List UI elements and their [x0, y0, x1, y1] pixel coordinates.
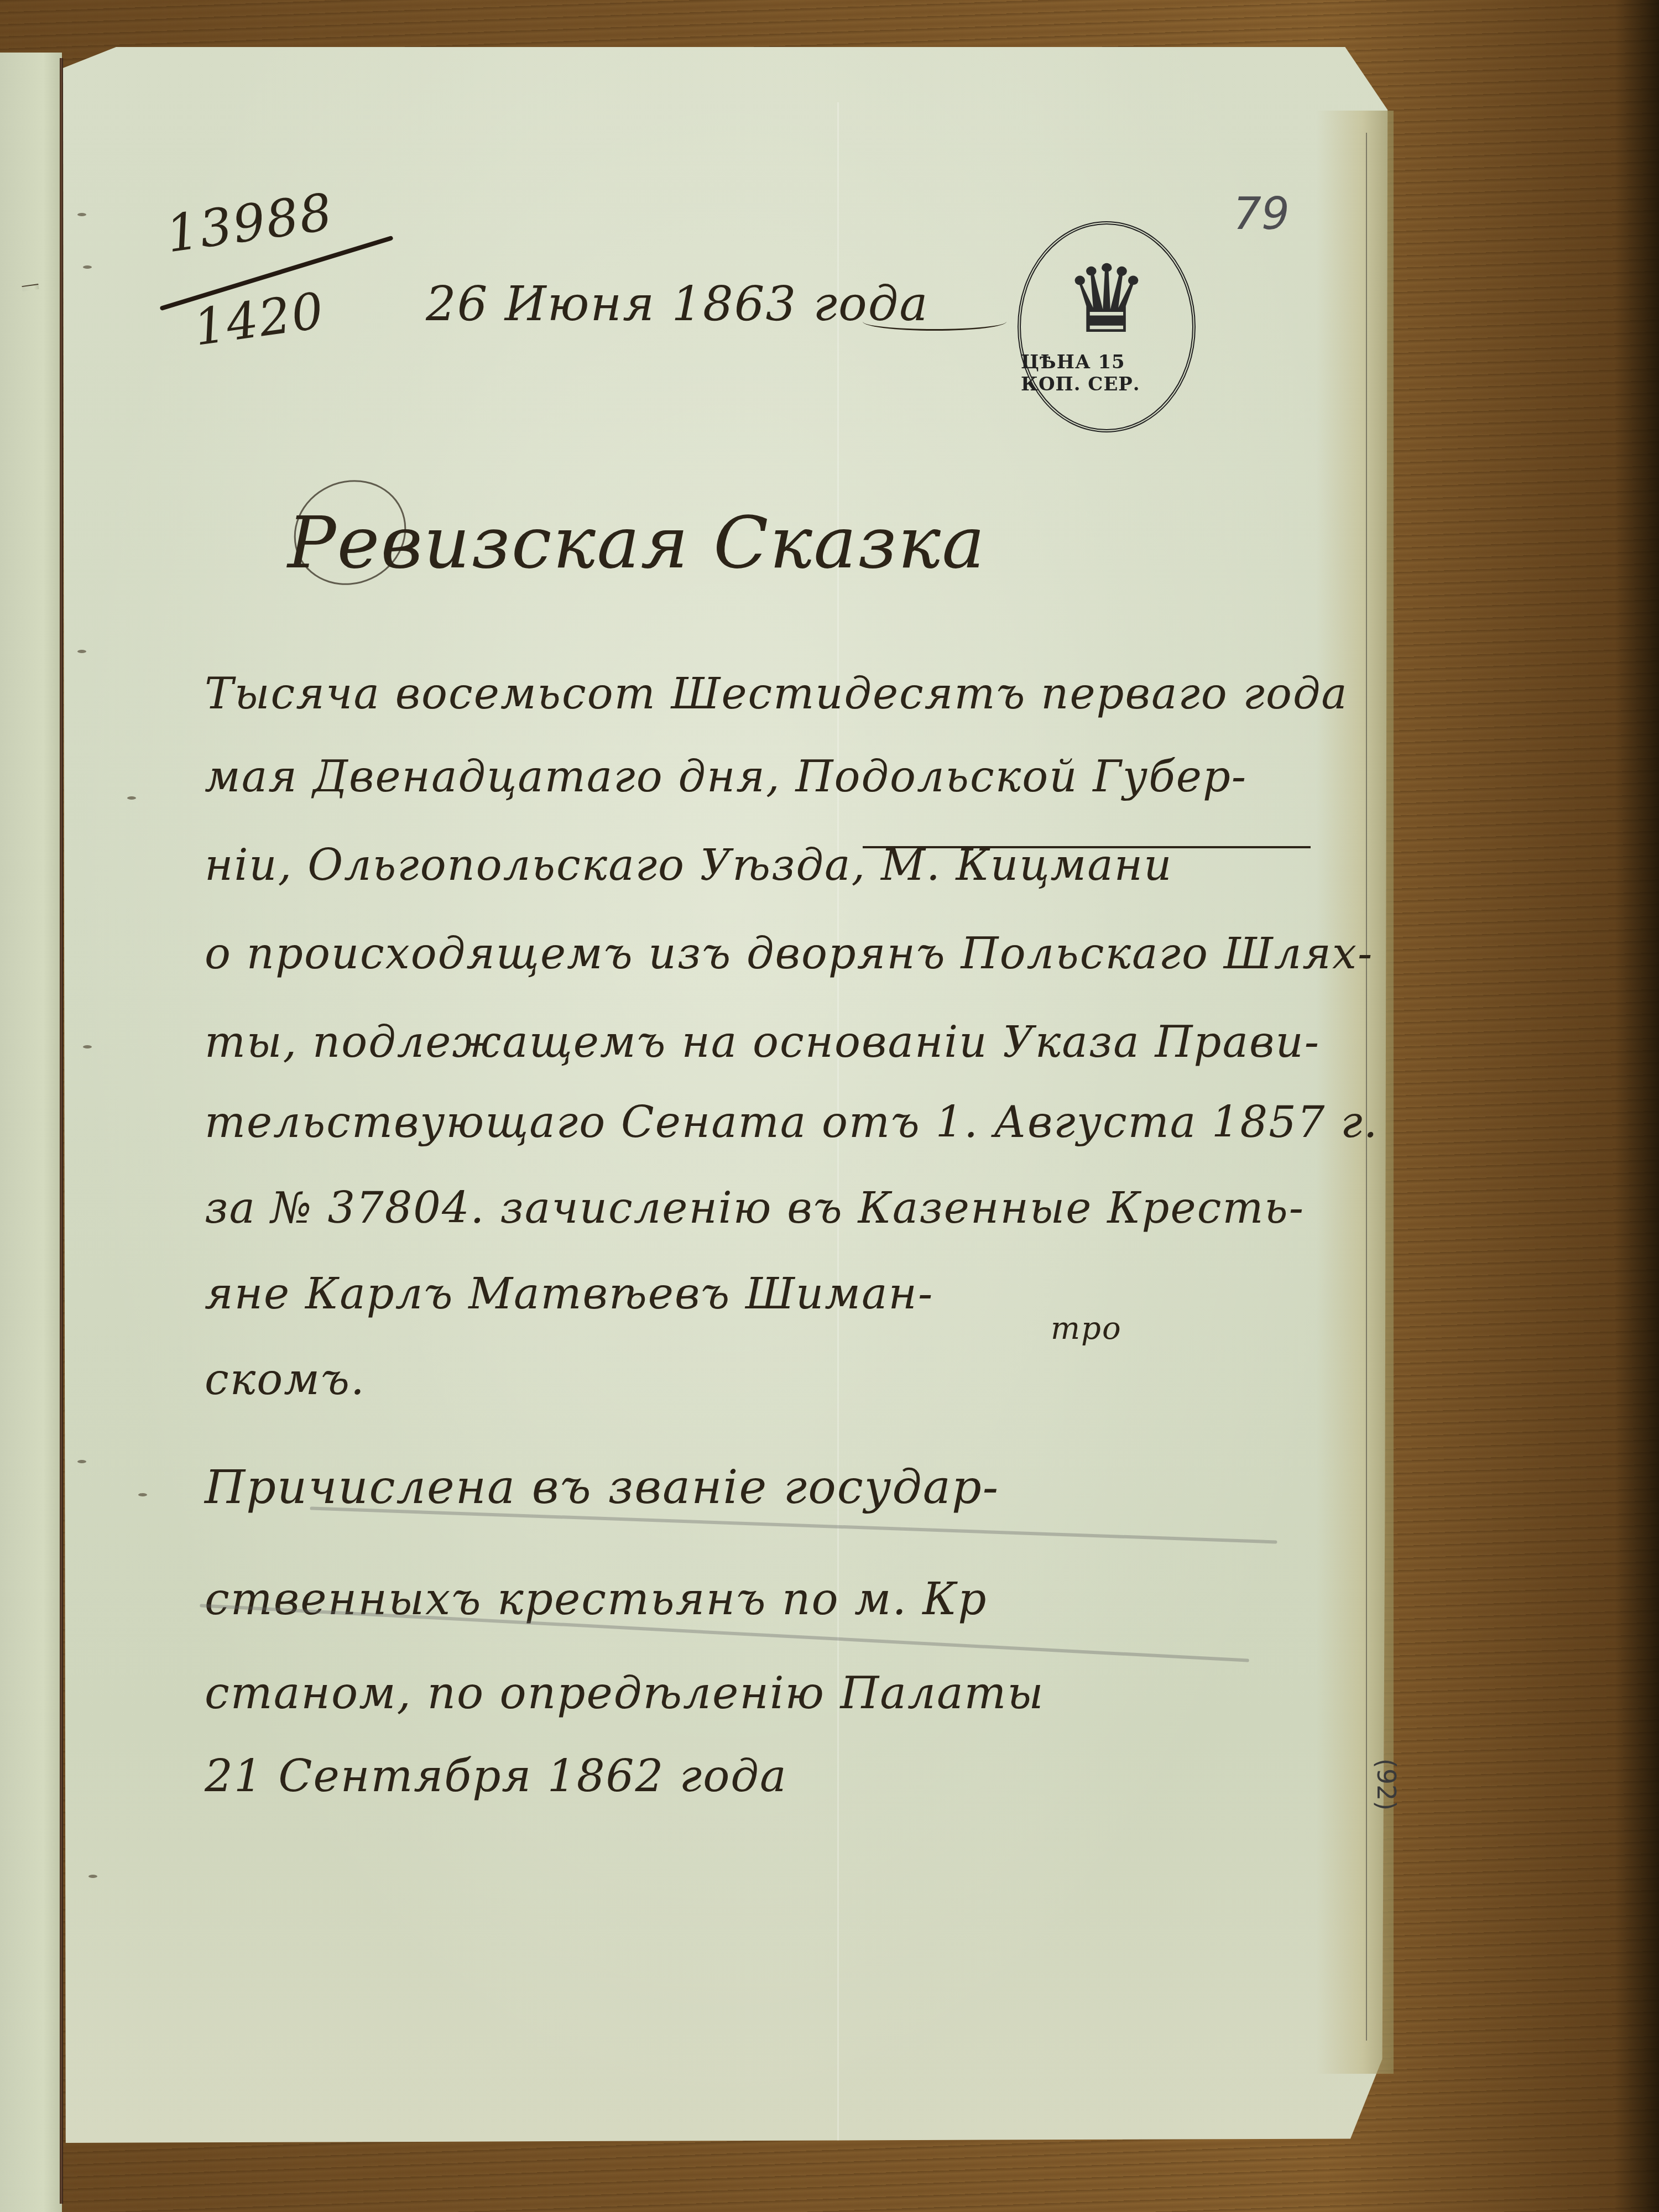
edge-page-number: (92): [1371, 1759, 1401, 1811]
folio-number: 79: [1233, 188, 1290, 239]
note-line: Причислена въ званiе государ-: [205, 1460, 999, 1514]
superscript-insertion: тро: [1051, 1311, 1122, 1347]
table-shadow: [1615, 0, 1659, 2212]
body-line: скомъ.: [205, 1355, 366, 1405]
left-facing-page: [0, 53, 62, 2212]
note-line: 21 Сентября 1862 года: [205, 1750, 787, 1802]
note-line: ственныхъ крестьянъ по м. Кр: [205, 1573, 987, 1625]
binding-hole: [77, 1460, 86, 1463]
stamp-price: ЦѢНА 15 КОП. СЕР.: [1021, 351, 1192, 395]
binding-hole: [83, 265, 92, 269]
village-underline: [863, 846, 1311, 848]
stamp-seal: ♛ ЦѢНА 15 КОП. СЕР.: [1018, 221, 1196, 432]
body-line: яне Карлъ Матвѣевъ Шиман-: [205, 1269, 933, 1319]
binding-hole: [77, 650, 86, 653]
binding-hole: [138, 1493, 147, 1496]
binding-hole: [22, 284, 39, 291]
body-line: мая Двенадцатаго дня, Подольской Губер-: [205, 752, 1247, 802]
date-flourish: [863, 312, 1006, 331]
body-line: ты, подлежащемъ на основанiи Указа Прави…: [205, 1018, 1320, 1067]
binding-hole: [77, 213, 86, 216]
document-title: Ревизская Сказка: [288, 500, 986, 585]
document-date: 26 Июня 1863 года: [426, 276, 929, 332]
margin-rule: [1366, 133, 1367, 2041]
binding-hole: [88, 1875, 97, 1878]
binding-hole: [127, 796, 136, 800]
double-headed-eagle-icon: ♛: [1065, 253, 1149, 347]
body-line: Тысяча восемьсот Шестидесятъ перваго год…: [205, 669, 1348, 719]
body-line: о проиcходящемъ изъ дворянъ Польскаго Шл…: [205, 929, 1373, 979]
note-line: станом, по опредѣленiю Палаты: [205, 1667, 1045, 1719]
body-line: тельствующаго Сената отъ 1. Августа 1857…: [205, 1098, 1378, 1147]
body-line: за № 37804. зачисленiю въ Казенные Крест…: [205, 1183, 1305, 1233]
binding-hole: [83, 1045, 92, 1048]
binding-spine: [60, 58, 63, 2204]
